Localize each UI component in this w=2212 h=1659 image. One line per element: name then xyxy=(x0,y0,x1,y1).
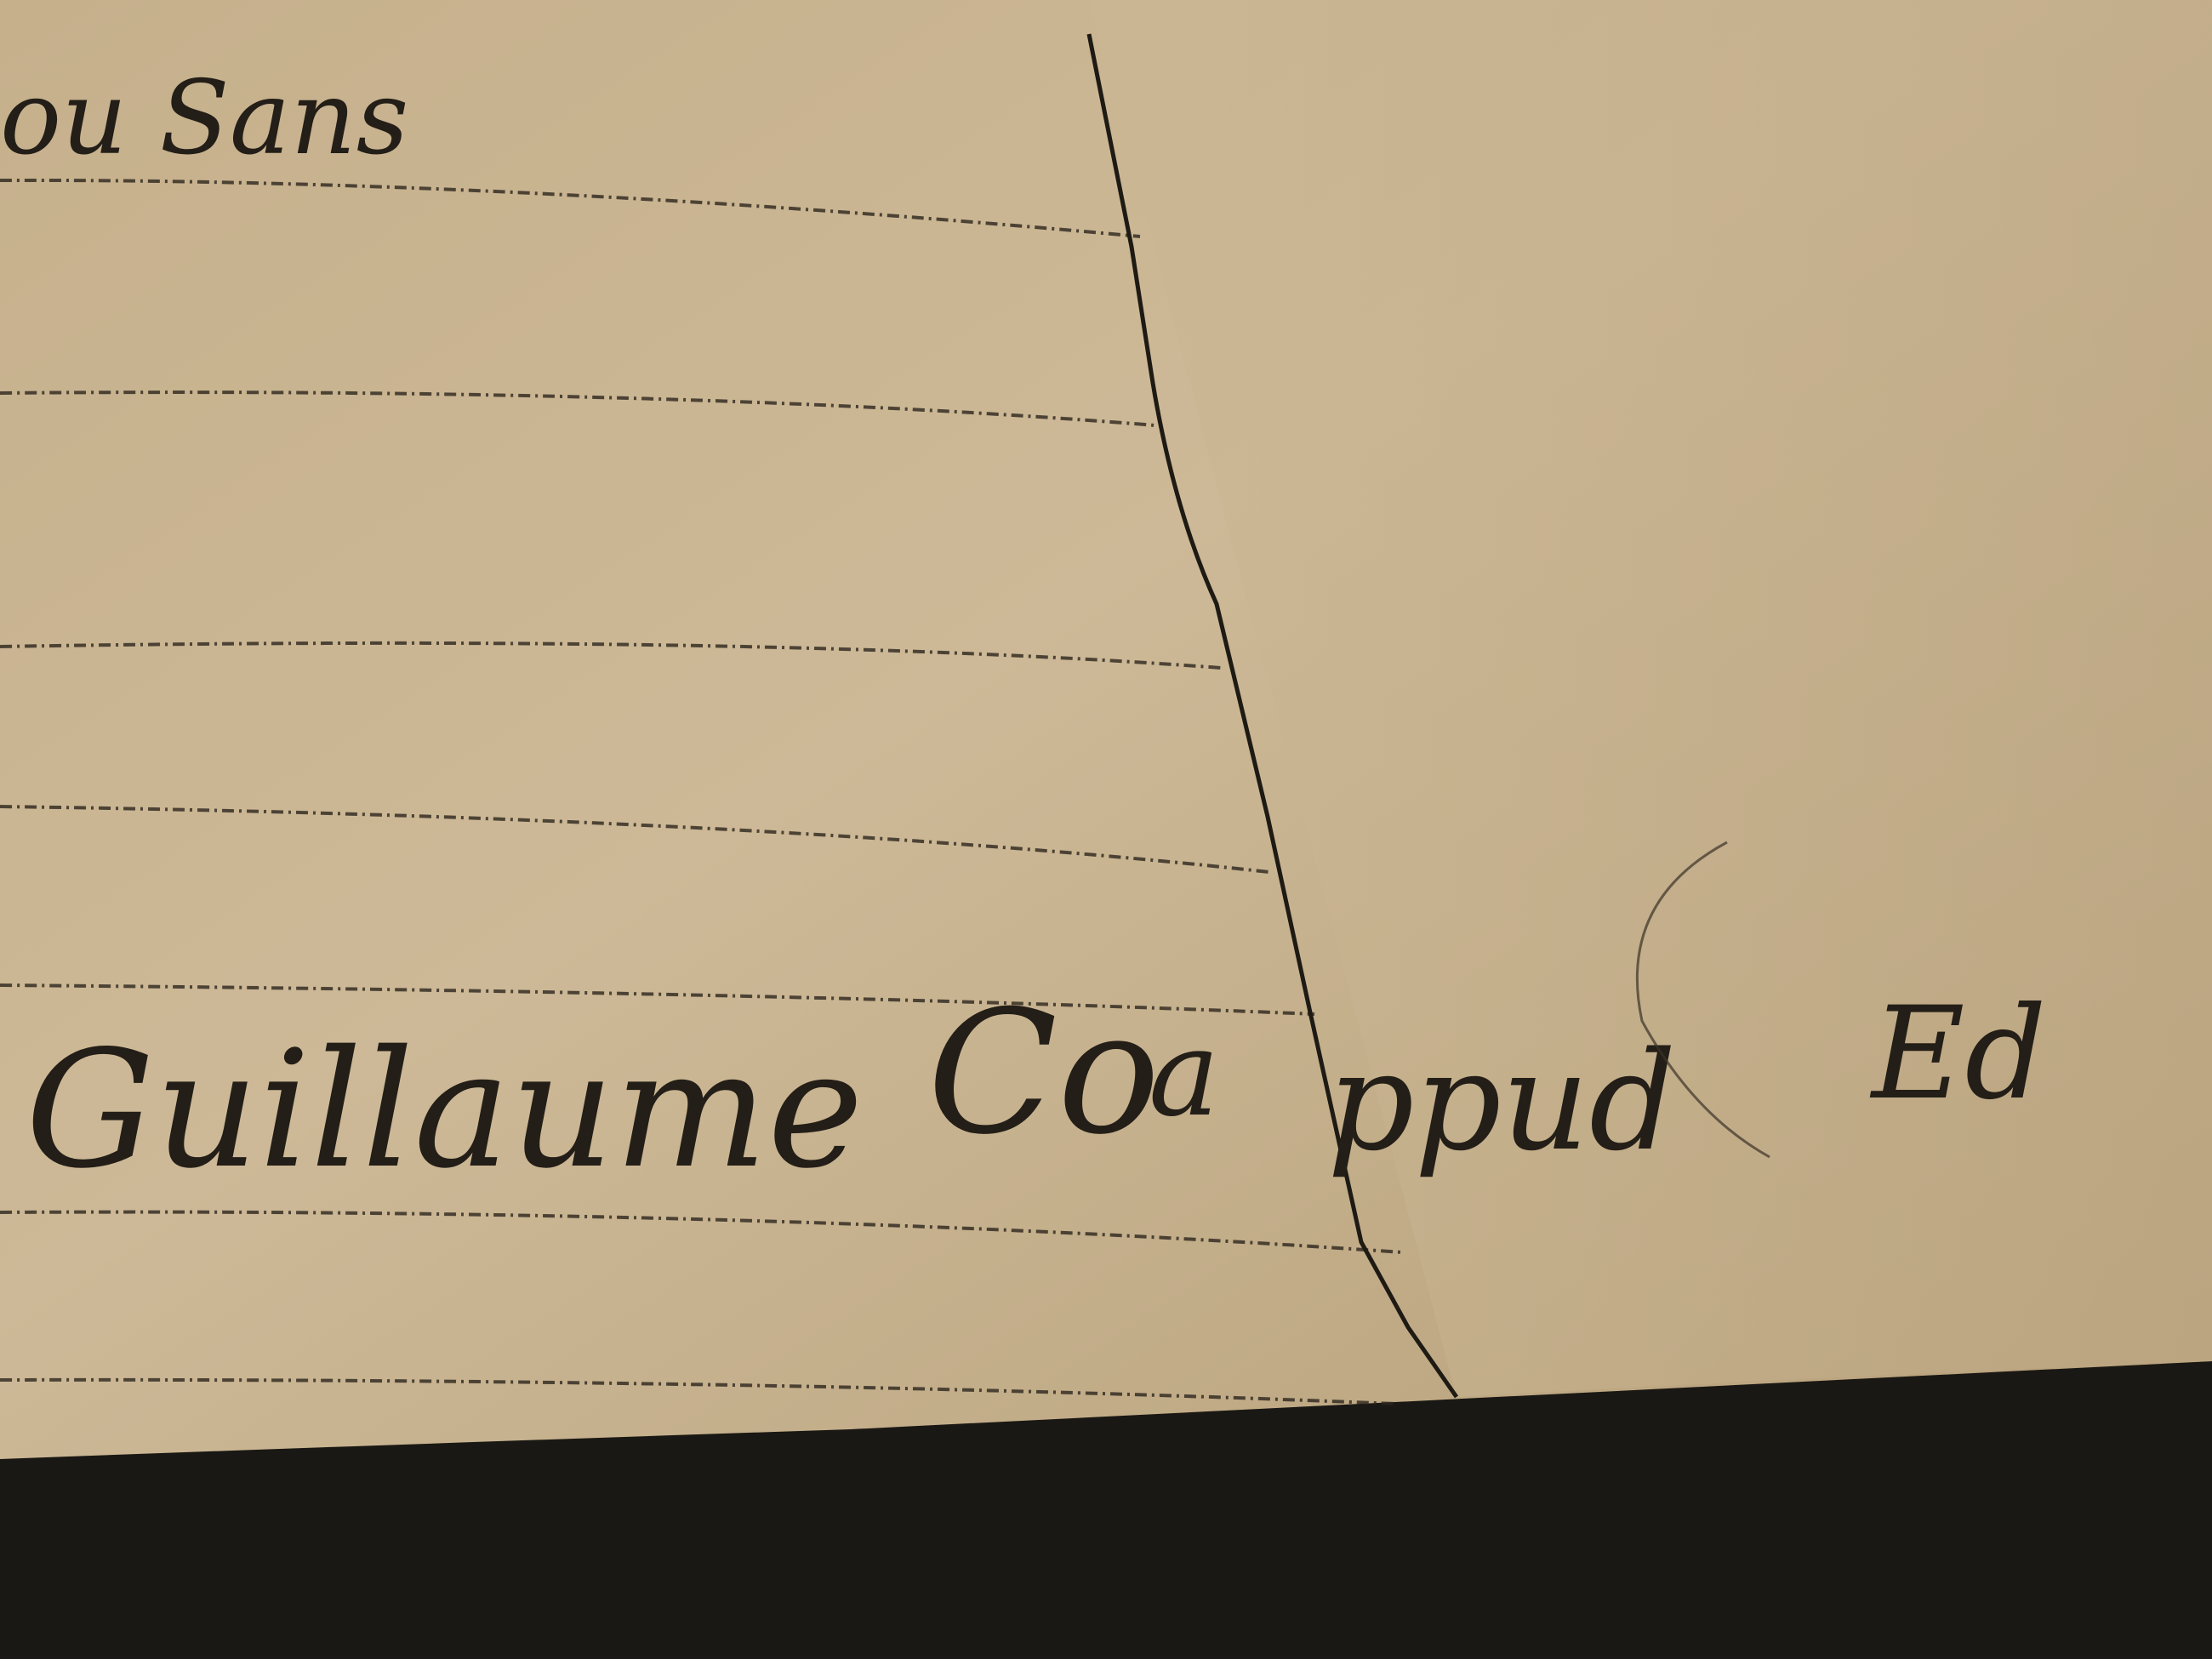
signature-guillaume: Guillaume xyxy=(26,1016,864,1204)
signature-ppud: ppud xyxy=(1327,1022,1676,1181)
top-fragment-text: ou Sans xyxy=(0,60,408,178)
signature-a: a xyxy=(1149,1005,1219,1143)
signature-ed: Ed xyxy=(1869,980,2047,1128)
document-photo: ou Sans Guillaume Co a ppud Ed xyxy=(0,0,2212,1659)
signature-co: Co xyxy=(927,974,1160,1172)
